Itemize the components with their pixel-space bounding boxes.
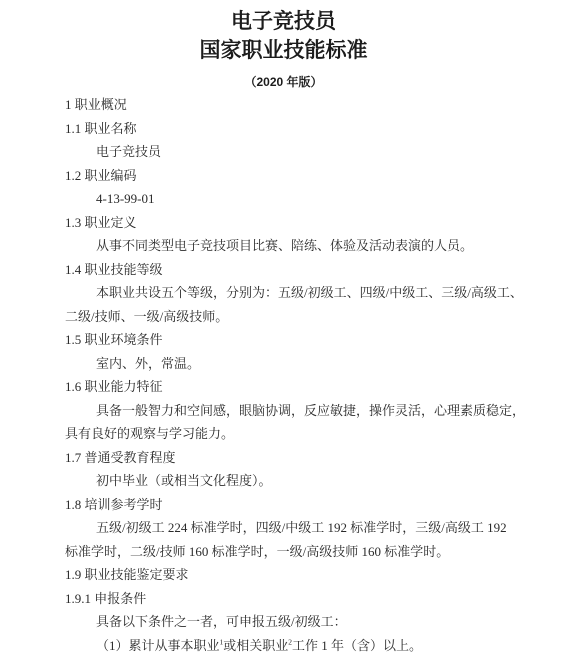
list-item-text: 工作 1 年（含）以上。 bbox=[292, 638, 422, 653]
section-heading-1-5: 1.5 职业环境条件 bbox=[65, 328, 513, 352]
paragraph-line: 初中毕业（或相当文化程度）。 bbox=[65, 469, 513, 493]
paragraph-line: 五级/初级工 224 标准学时，四级/中级工 192 标准学时，三级/高级工 1… bbox=[65, 516, 513, 540]
paragraph-line: 电子竞技员 bbox=[65, 140, 513, 164]
document-title: 电子竞技员 bbox=[0, 8, 567, 36]
section-heading-1-3: 1.3 职业定义 bbox=[65, 211, 513, 235]
list-item-text: 或相关职业 bbox=[223, 638, 288, 653]
paragraph-line: 具备一般智力和空间感，眼脑协调，反应敏捷，操作灵活，心理素质稳定， bbox=[65, 399, 513, 423]
document-subtitle: 国家职业技能标准 bbox=[0, 37, 567, 65]
paragraph-line: 二级/技师、一级/高级技师。 bbox=[65, 305, 513, 329]
section-heading-1-9-1: 1.9.1 申报条件 bbox=[65, 587, 513, 611]
paragraph-line: 标准学时，二级/技师 160 标准学时，一级/高级技师 160 标准学时。 bbox=[65, 540, 513, 564]
document-page: 电子竞技员 国家职业技能标准 （2020 年版） 1 职业概况 1.1 职业名称… bbox=[0, 0, 567, 663]
document-version: （2020 年版） bbox=[0, 73, 567, 91]
section-heading-1-4: 1.4 职业技能等级 bbox=[65, 258, 513, 282]
paragraph-line: 室内、外，常温。 bbox=[65, 352, 513, 376]
section-heading-1: 1 职业概况 bbox=[65, 93, 513, 117]
section-heading-1-2: 1.2 职业编码 bbox=[65, 164, 513, 188]
list-item-text: （1）累计从事本职业 bbox=[96, 638, 220, 653]
section-heading-1-8: 1.8 培训参考学时 bbox=[65, 493, 513, 517]
paragraph-line: 具有良好的观察与学习能力。 bbox=[65, 422, 513, 446]
section-heading-1-9: 1.9 职业技能鉴定要求 bbox=[65, 563, 513, 587]
paragraph-line: 4-13-99-01 bbox=[65, 187, 513, 211]
list-item-1: （1）累计从事本职业1或相关职业2工作 1 年（含）以上。 bbox=[65, 634, 513, 658]
paragraph-line: 本职业共设五个等级，分别为：五级/初级工、四级/中级工、三级/高级工、 bbox=[65, 281, 513, 305]
section-heading-1-6: 1.6 职业能力特征 bbox=[65, 375, 513, 399]
paragraph-line: 具备以下条件之一者，可申报五级/初级工： bbox=[65, 610, 513, 634]
section-heading-1-7: 1.7 普通受教育程度 bbox=[65, 446, 513, 470]
paragraph-line: 从事不同类型电子竞技项目比赛、陪练、体验及活动表演的人员。 bbox=[65, 234, 513, 258]
section-heading-1-1: 1.1 职业名称 bbox=[65, 117, 513, 141]
document-body: 1 职业概况 1.1 职业名称 电子竞技员 1.2 职业编码 4-13-99-0… bbox=[65, 93, 513, 657]
